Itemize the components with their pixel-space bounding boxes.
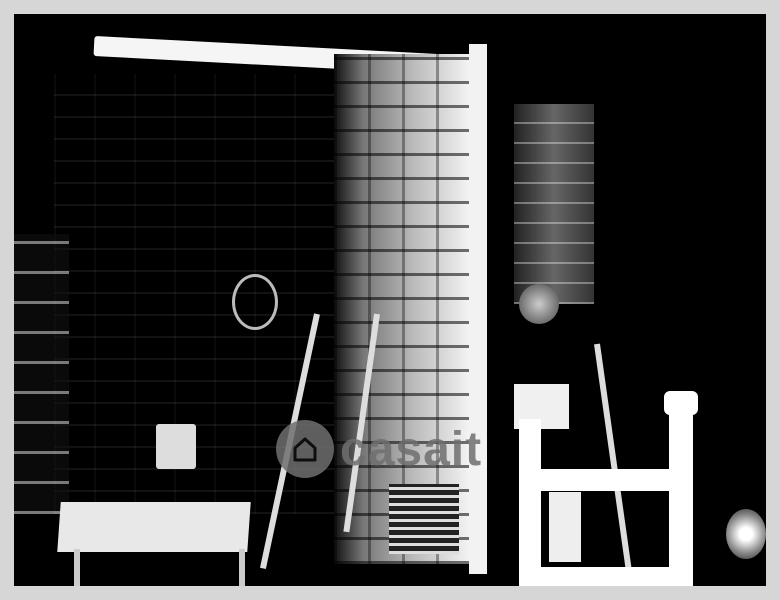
photo: casait [14, 14, 766, 586]
brick-wall-right [514, 104, 594, 304]
table-leg [74, 549, 80, 586]
hose-coil [232, 274, 278, 330]
house-icon [276, 420, 334, 478]
pillar-edge [469, 44, 487, 574]
cloth-covered-table [57, 502, 250, 552]
bucket [156, 424, 196, 469]
shelf-left [14, 234, 69, 514]
hanging-object [519, 284, 559, 324]
wheel [726, 509, 766, 559]
stacked-bricks [389, 484, 459, 554]
table-leg [239, 549, 245, 586]
label-sign [549, 492, 581, 562]
watermark-text: casait [340, 422, 482, 477]
watermark: casait [276, 420, 482, 478]
